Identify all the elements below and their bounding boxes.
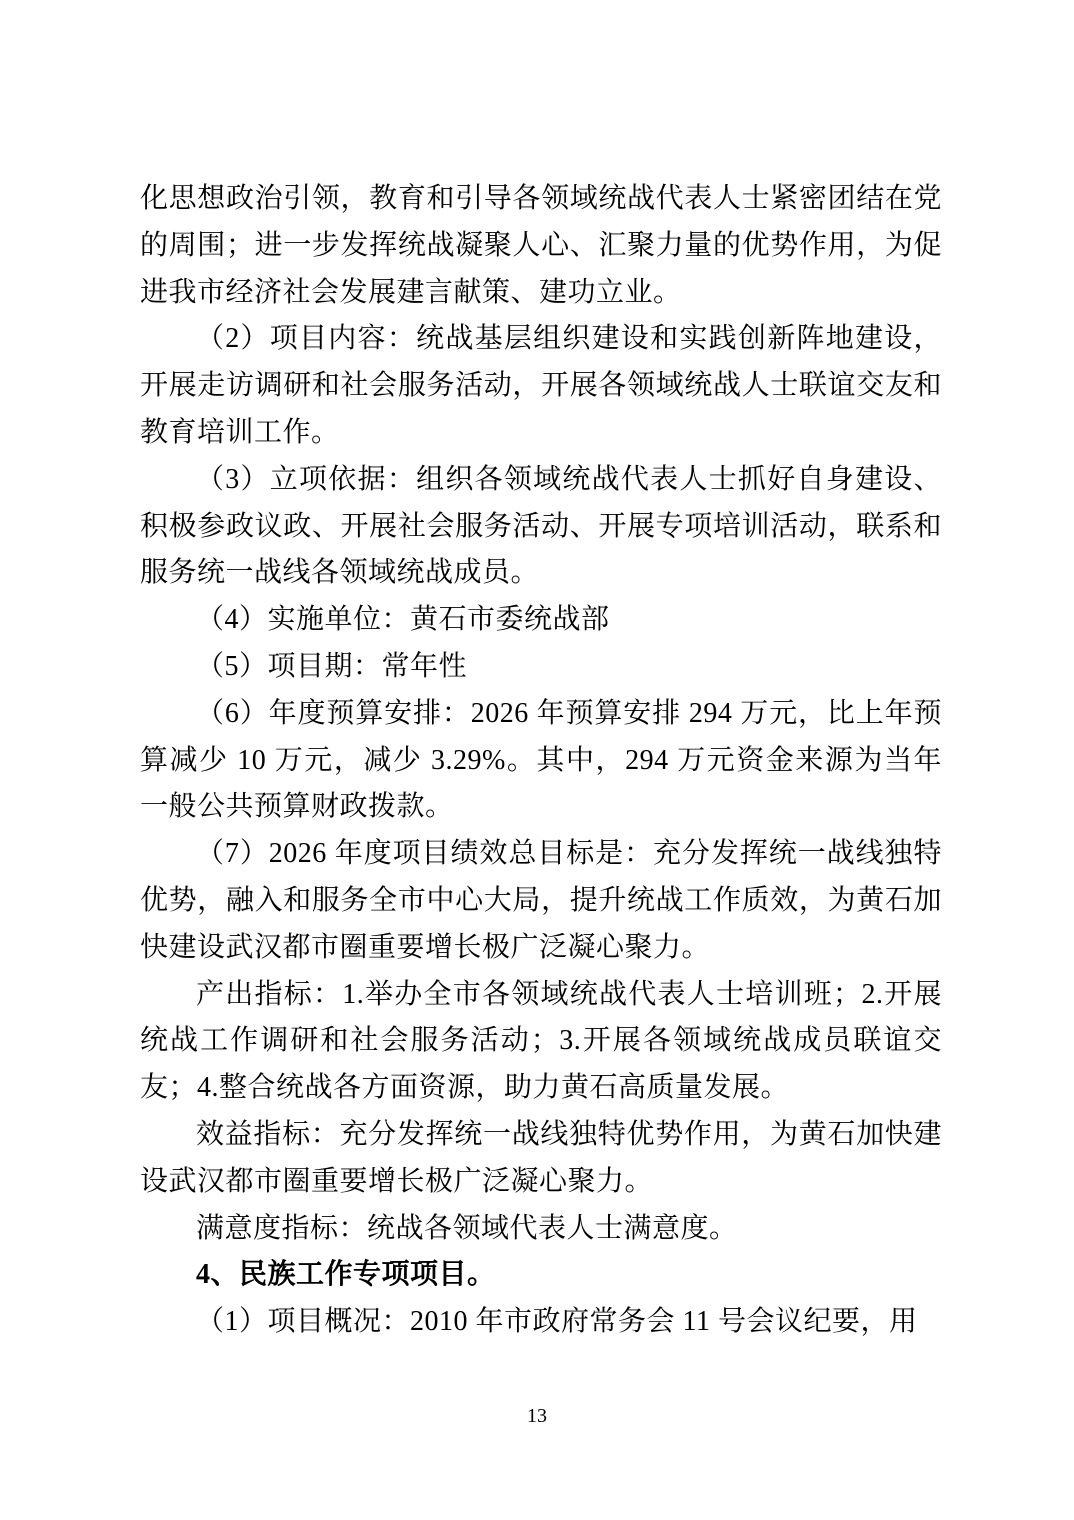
paragraph-continuation: 化思想政治引领，教育和引导各领域统战代表人士紧密团结在党的周围；进一步发挥统战凝…: [140, 176, 942, 316]
paragraph-item-3-project-basis: （3）立项依据：组织各领域统战代表人士抓好自身建设、积极参政议政、开展社会服务活…: [140, 457, 942, 597]
paragraph-satisfaction-indicators: 满意度指标：统战各领域代表人士满意度。: [140, 1206, 942, 1253]
document-page: 化思想政治引领，教育和引导各领域统战代表人士紧密团结在党的周围；进一步发挥统战凝…: [0, 0, 1074, 1520]
paragraph-item-4-implementing-unit: （4）实施单位：黄石市委统战部: [140, 597, 942, 644]
document-body: 化思想政治引领，教育和引导各领域统战代表人士紧密团结在党的周围；进一步发挥统战凝…: [140, 176, 942, 1346]
paragraph-output-indicators: 产出指标：1.举办全市各领域统战代表人士培训班；2.开展统战工作调研和社会服务活…: [140, 972, 942, 1112]
paragraph-item-1-project-overview: （1）项目概况：2010 年市政府常务会 11 号会议纪要，用: [140, 1299, 942, 1346]
paragraph-benefit-indicators: 效益指标：充分发挥统一战线独特优势作用，为黄石加快建设武汉都市圈重要增长极广泛凝…: [140, 1112, 942, 1206]
section-heading-ethnic-work-project: 4、民族工作专项项目。: [140, 1252, 942, 1299]
paragraph-item-7-performance-goal: （7）2026 年度项目绩效总目标是：充分发挥统一战线独特优势，融入和服务全市中…: [140, 831, 942, 971]
paragraph-item-2-project-content: （2）项目内容：统战基层组织建设和实践创新阵地建设，开展走访调研和社会服务活动，…: [140, 316, 942, 456]
page-number: 13: [0, 1404, 1074, 1428]
paragraph-item-6-annual-budget: （6）年度预算安排：2026 年预算安排 294 万元，比上年预算减少 10 万…: [140, 691, 942, 831]
paragraph-item-5-project-period: （5）项目期：常年性: [140, 644, 942, 691]
